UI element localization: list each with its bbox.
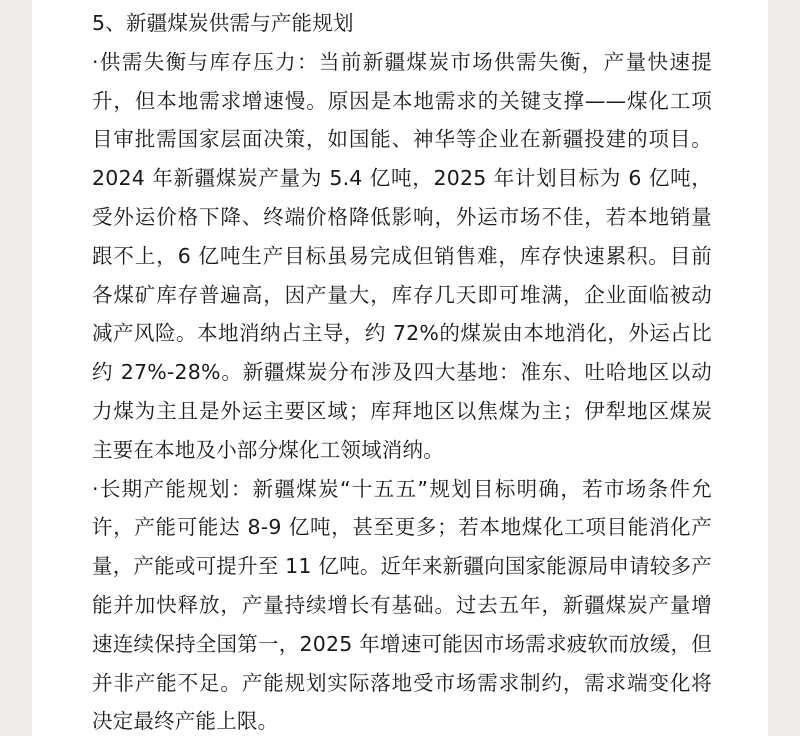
section-title: 5、新疆煤炭供需与产能规划 bbox=[92, 4, 712, 43]
document-page: 5、新疆煤炭供需与产能规划 ·供需失衡与库存压力：当前新疆煤炭市场供需失衡，产量… bbox=[32, 0, 768, 736]
document-content: 5、新疆煤炭供需与产能规划 ·供需失衡与库存压力：当前新疆煤炭市场供需失衡，产量… bbox=[92, 4, 712, 736]
paragraph-supply-demand: ·供需失衡与库存压力：当前新疆煤炭市场供需失衡，产量快速提升，但本地需求增速慢。… bbox=[92, 43, 712, 470]
paragraph-capacity-planning: ·长期产能规划：新疆煤炭“十五五”规划目标明确，若市场条件允许，产能可能达 8-… bbox=[92, 470, 712, 736]
